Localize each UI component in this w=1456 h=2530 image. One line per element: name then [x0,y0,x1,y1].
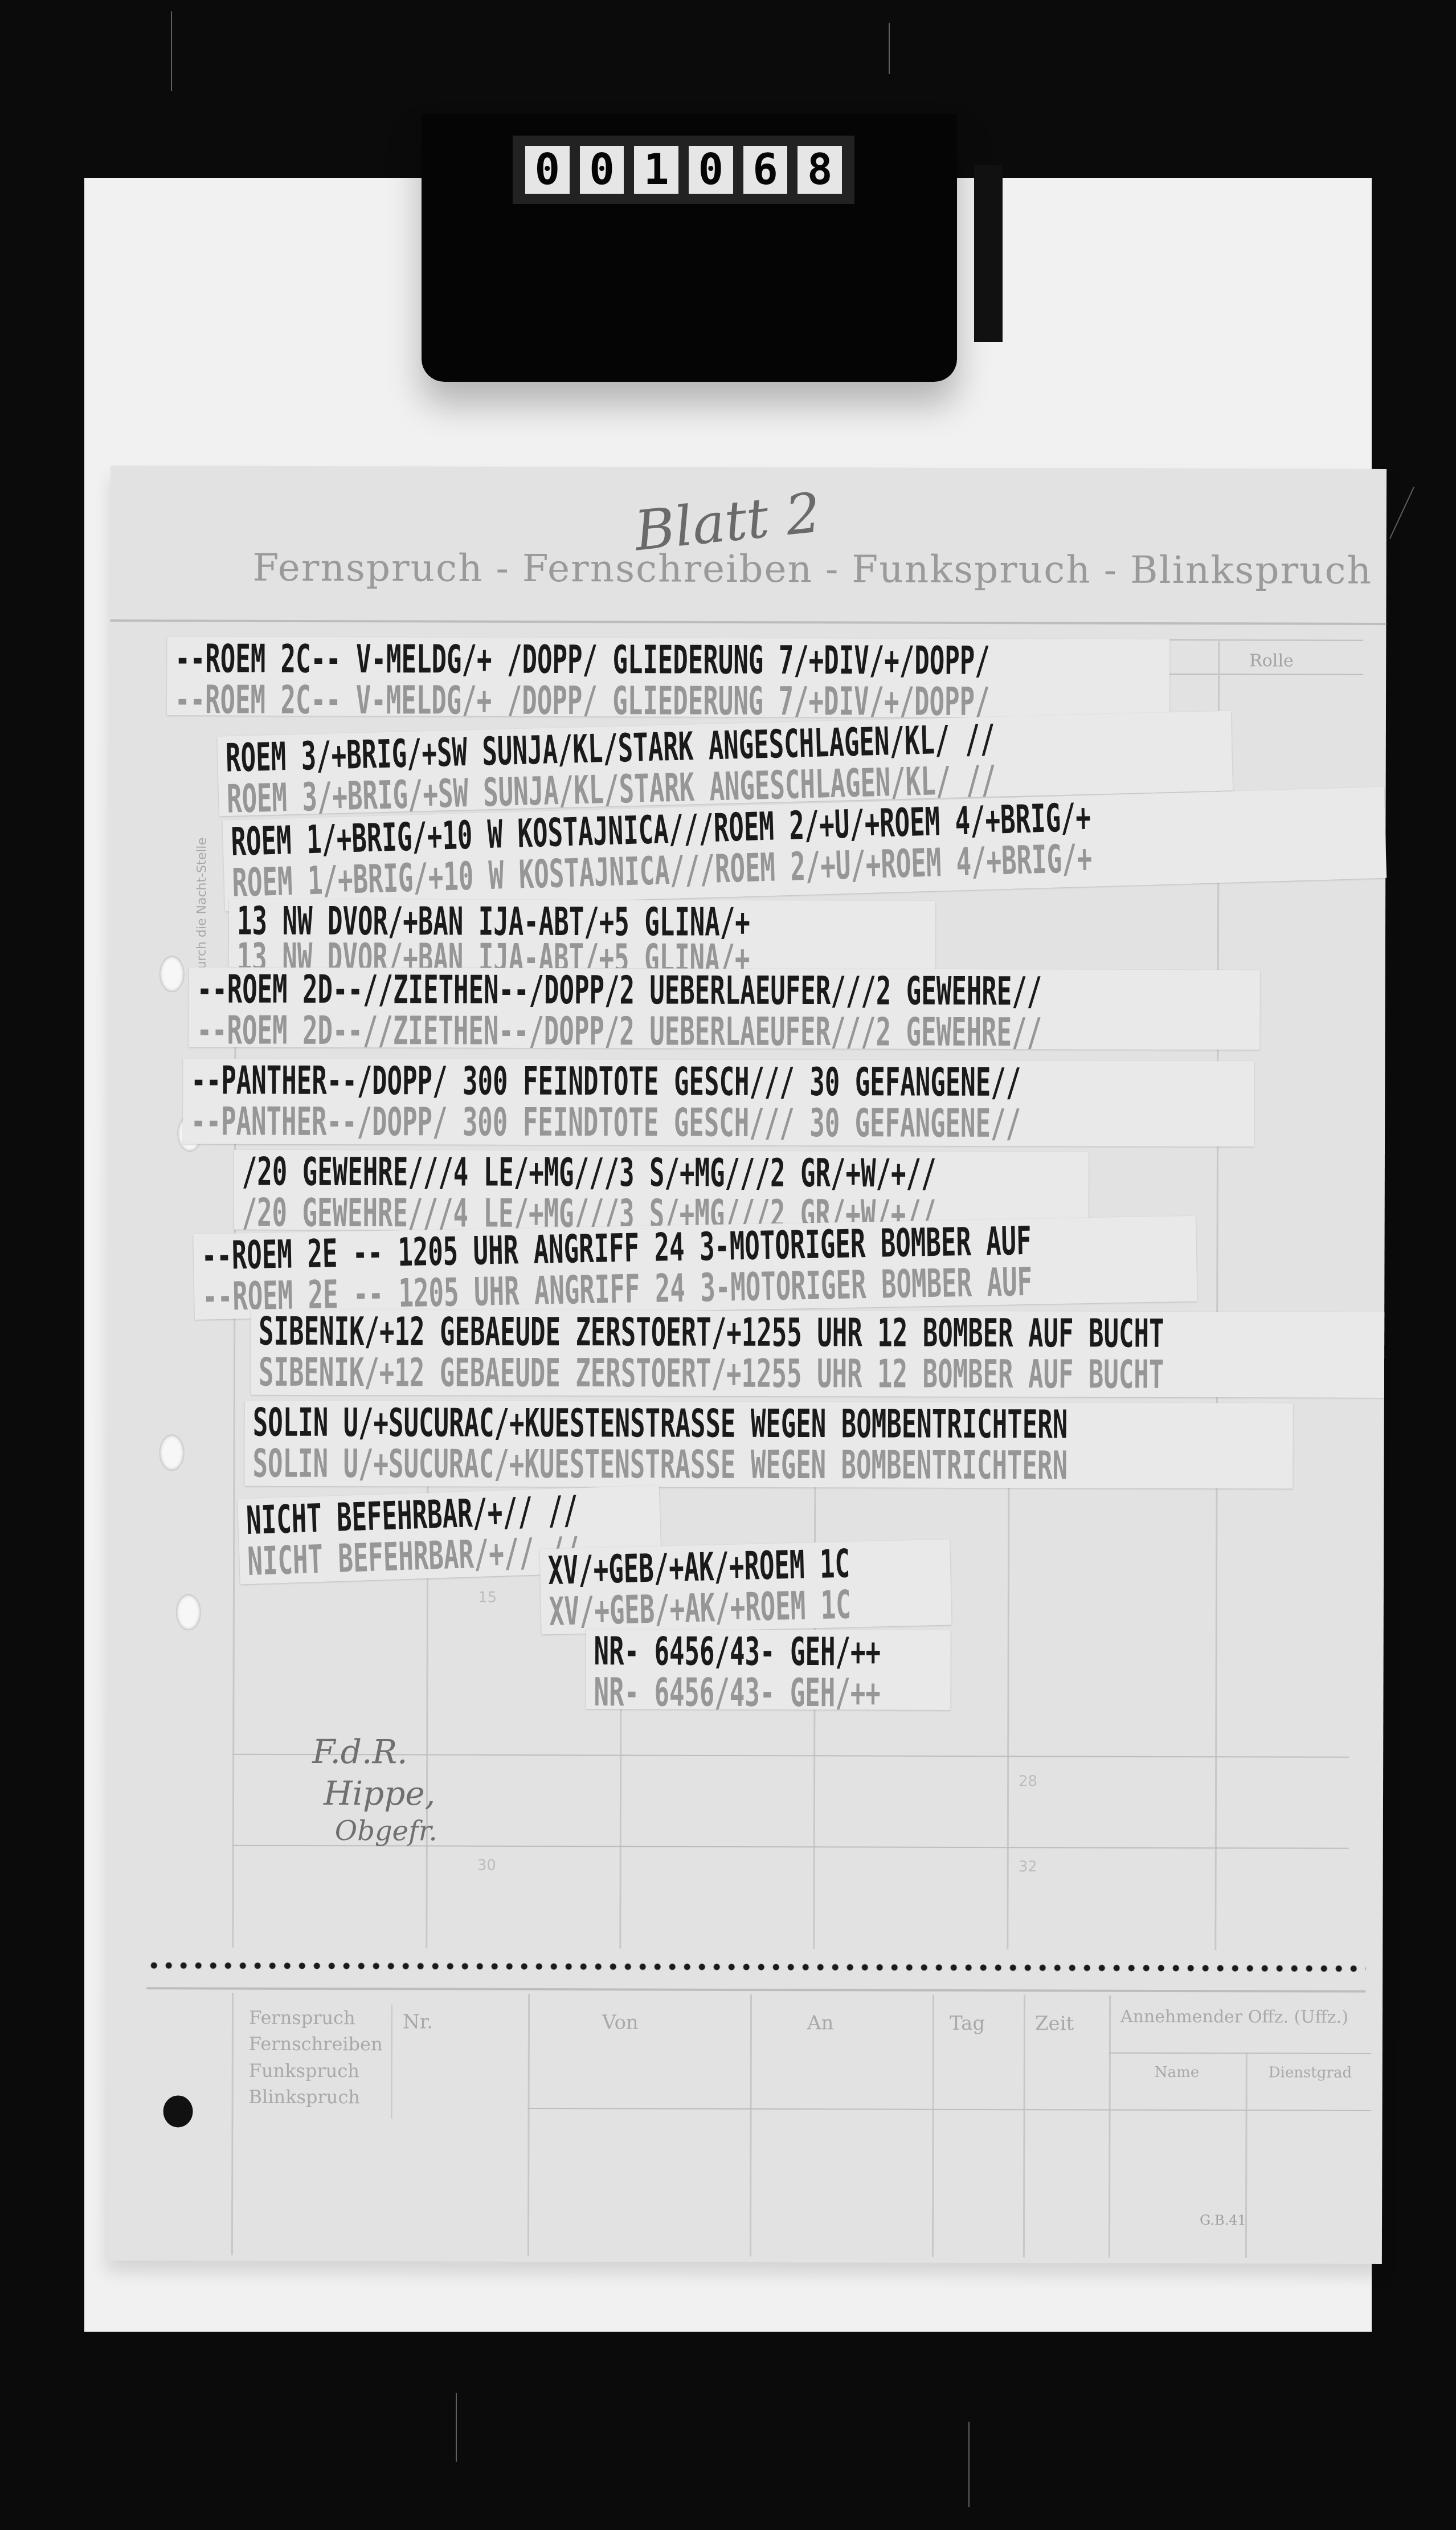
punch-hole [159,956,185,992]
grid-number: 15 [478,1589,497,1606]
header-blinkspruch: Blinkspruch [1130,548,1372,593]
footer-col-nr: Nr. [403,2010,433,2033]
teletype-strip: SIBENIK/+12 GEBAEUDE ZERSTOERT/+1255 UHR… [251,1309,1384,1398]
teletype-strip: NR- 6456/43- GEH/++ NR- 6456/43- GEH/++ [586,1629,950,1710]
punch-hole [159,1434,185,1471]
frame-counter: 0 0 1 0 6 8 [513,136,854,204]
header-fernspruch: Fernspruch [253,546,484,590]
teletype-strip: XV/+GEB/+AK/+ROEM 1C XV/+GEB/+AK/+ROEM 1… [539,1540,951,1635]
strip-text: --ROEM 2D--//ZIETHEN--/DOPP/2 UEBERLAEUF… [197,970,1252,1012]
form-rule [146,1987,1365,1993]
teletype-strip: /20 GEWEHRE///4 LE/+MG///3 S/+MG///2 GR/… [234,1150,1089,1232]
form-rule [1109,2109,1371,2111]
form-rule [110,619,1386,625]
film-scratch [456,2393,457,2462]
strip-text-echo: XV/+GEB/+AK/+ROEM 1C [549,1584,943,1632]
footer-col-annehmender: Annehmender Offz. (Uffz.) [1120,2007,1348,2027]
film-scratch [968,2422,970,2507]
counter-digit: 6 [743,146,788,194]
counter-digit: 1 [634,146,678,194]
header-separator: - [825,547,840,591]
strip-text: SIBENIK/+12 GEBAEUDE ZERSTOERT/+1255 UHR… [259,1313,1376,1354]
teletype-strip: SOLIN U/+SUCURAC/+KUESTENSTRASSE WEGEN B… [244,1401,1293,1489]
footer-col-tag: Tag [950,2012,985,2035]
perforation-line [146,1961,1365,1973]
signature: F.d.R. Hippe, Obgefr. [312,1731,437,1848]
teletype-strip: 13 NW DVOR/+BAN IJA-ABT/+5 GLINA/+ 13 NW… [229,899,935,969]
punch-hole [163,2095,193,2127]
strip-text-echo: SOLIN U/+SUCURAC/+KUESTENSTRASSE WEGEN B… [252,1445,1285,1487]
header-fernschreiben: Fernschreiben [522,546,813,591]
strip-text-echo: --ROEM 2D--//ZIETHEN--/DOPP/2 UEBERLAEUF… [197,1011,1251,1050]
footer-col-name: Name [1155,2064,1199,2081]
footer-col-von: Von [602,2011,639,2034]
grid-line [1007,1408,1009,1949]
film-scratch [171,11,172,91]
signature-line: Obgefr. [335,1814,437,1848]
footer-col-an: An [807,2011,834,2034]
strip-text: --ROEM 2C-- V-MELDG/+ /DOPP/ GLIEDERUNG … [175,640,1161,682]
strip-text-echo: --PANTHER--/DOPP/ 300 FEINDTOTE GESCH///… [191,1103,1246,1144]
form-rule [528,2108,1109,2111]
side-margin-text: Durch die Nacht-Stelle [195,838,210,979]
header-separator: - [496,546,510,590]
counter-digit: 0 [580,146,624,194]
form-rule [527,1994,530,2256]
footer-message-types: Fernspruch Fernschreiben Funkspruch Blin… [249,2005,383,2111]
film-scratch [1389,487,1414,538]
strip-text-echo: SIBENIK/+12 GEBAEUDE ZERSTOERT/+1255 UHR… [259,1354,1376,1395]
film-scratch [889,23,890,74]
footer-type-label: Fernschreiben [249,2031,383,2058]
column-label-rolle: Rolle [1249,651,1294,671]
teletype-strip: --ROEM 2C-- V-MELDG/+ /DOPP/ GLIEDERUNG … [167,636,1169,718]
form-rule [1023,1995,1025,2257]
counter-digit: 8 [797,146,842,194]
strip-text-echo: NR- 6456/43- GEH/++ [594,1674,942,1710]
strip-text: --PANTHER--/DOPP/ 300 FEINDTOTE GESCH///… [191,1062,1246,1103]
teletype-strip: --PANTHER--/DOPP/ 300 FEINDTOTE GESCH///… [183,1058,1254,1146]
message-form: Blatt 2 Fernspruch-Fernschreiben-Funkspr… [106,466,1387,2264]
form-rule [391,2005,393,2119]
form-header: Fernspruch-Fernschreiben-Funkspruch-Blin… [253,546,1373,593]
form-rule [750,1994,752,2256]
form-code: G.B.41 [1200,2212,1246,2228]
teletype-strip: --ROEM 2D--//ZIETHEN--/DOPP/2 UEBERLAEUF… [189,967,1259,1050]
form-rule [1109,1996,1111,2258]
strip-text: XV/+GEB/+AK/+ROEM 1C [547,1543,942,1591]
footer-type-label: Funkspruch [249,2057,383,2084]
signature-line: F.d.R. [312,1731,437,1773]
signature-line: Hippe, [324,1773,437,1814]
header-funkspruch: Funkspruch [852,547,1091,591]
counter-digit: 0 [525,146,570,194]
strip-text-echo: 13 NW DVOR/+BAN IJA-ABT/+5 GLINA/+ [237,939,927,969]
grid-number: 32 [1019,1858,1037,1875]
footer-col-zeit: Zeit [1035,2012,1074,2035]
footer-type-label: Fernspruch [249,2005,383,2031]
grid-number: 30 [477,1857,496,1874]
grid-number: 28 [1019,1773,1037,1790]
footer-type-label: Blinkspruch [249,2084,383,2111]
strip-text-echo: --ROEM 2C-- V-MELDG/+ /DOPP/ GLIEDERUNG … [175,681,1161,718]
footer-col-dienstgrad: Dienstgrad [1269,2064,1352,2081]
strip-text: NR- 6456/43- GEH/++ [594,1633,943,1672]
form-rule [932,1995,934,2257]
strip-text: SOLIN U/+SUCURAC/+KUESTENSTRASSE WEGEN B… [253,1404,1285,1446]
strip-text: /20 GEWEHRE///4 LE/+MG///3 S/+MG///2 GR/… [242,1153,1081,1194]
counter-digit: 0 [689,146,733,194]
punch-hole [176,1594,201,1630]
header-separator: - [1104,548,1118,592]
form-rule [231,1993,234,2255]
frame-counter-handle [974,165,1003,342]
teletype-strip: --ROEM 2E -- 1205 UHR ANGRIFF 24 3-MOTOR… [193,1216,1197,1320]
grid-line [426,1407,428,1948]
form-rule [1109,2052,1371,2054]
